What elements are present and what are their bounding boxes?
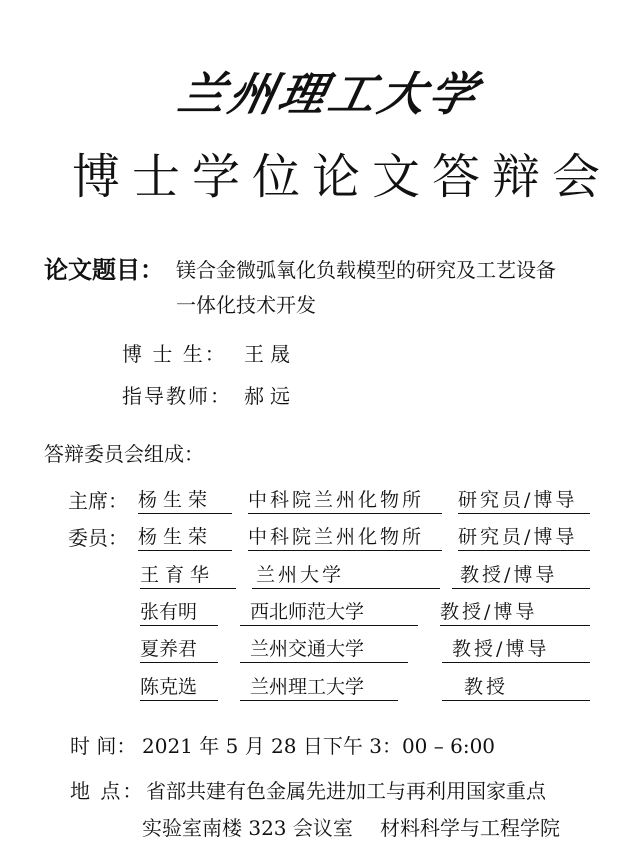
committee-heading: 答辩委员会组成： (44, 438, 204, 467)
advisor-label: 指导教师： (122, 380, 232, 409)
member-name: 杨生荣 (138, 522, 232, 551)
member-affiliation: 兰州大学 (252, 560, 440, 589)
chair-title: 研究员/博导 (458, 485, 590, 514)
member-title: 教授/博导 (440, 597, 590, 626)
member-title: 教授/博导 (452, 560, 590, 589)
chair-name: 杨生荣 (138, 485, 232, 514)
page-title: 博士学位论文答辩会 (72, 138, 612, 207)
time-value: 2021 年 5 月 28 日下午 3：00 – 6:00 (142, 730, 495, 759)
candidate-name: 王晟 (244, 338, 296, 367)
member-title: 教授 (442, 672, 590, 701)
member-affiliation: 中科院兰州化物所 (248, 522, 442, 551)
member-title: 研究员/博导 (458, 522, 590, 551)
chair-affiliation: 中科院兰州化物所 (248, 485, 442, 514)
candidate-label: 博 士 生： (122, 338, 227, 367)
member-affiliation: 西北师范大学 (240, 597, 418, 626)
thesis-title-line2: 一体化技术开发 (176, 289, 316, 318)
member-affiliation: 兰州理工大学 (240, 672, 398, 701)
member-title: 教授/博导 (442, 634, 590, 663)
location-line1: 省部共建有色金属先进加工与再利用国家重点 (146, 775, 546, 804)
advisor-name: 郝远 (244, 380, 296, 409)
university-logo: 兰州理工大学 (173, 58, 487, 124)
member-affiliation: 兰州交通大学 (240, 634, 408, 663)
member-name: 王育华 (140, 560, 236, 589)
member-name: 夏养君 (140, 634, 218, 663)
location-label: 地 点： (70, 775, 144, 804)
member-label: 委员： (68, 522, 128, 551)
member-name: 陈克选 (140, 672, 218, 701)
location-line2-right: 材料科学与工程学院 (380, 812, 560, 841)
member-name: 张有明 (140, 597, 218, 626)
chair-label: 主席： (68, 485, 128, 514)
thesis-label: 论文题目： (44, 250, 164, 285)
thesis-title-line1: 镁合金微弧氧化负载模型的研究及工艺设备 (176, 254, 556, 283)
time-label: 时 间： (70, 730, 136, 759)
location-line2: 实验室南楼 323 会议室 (142, 812, 353, 841)
